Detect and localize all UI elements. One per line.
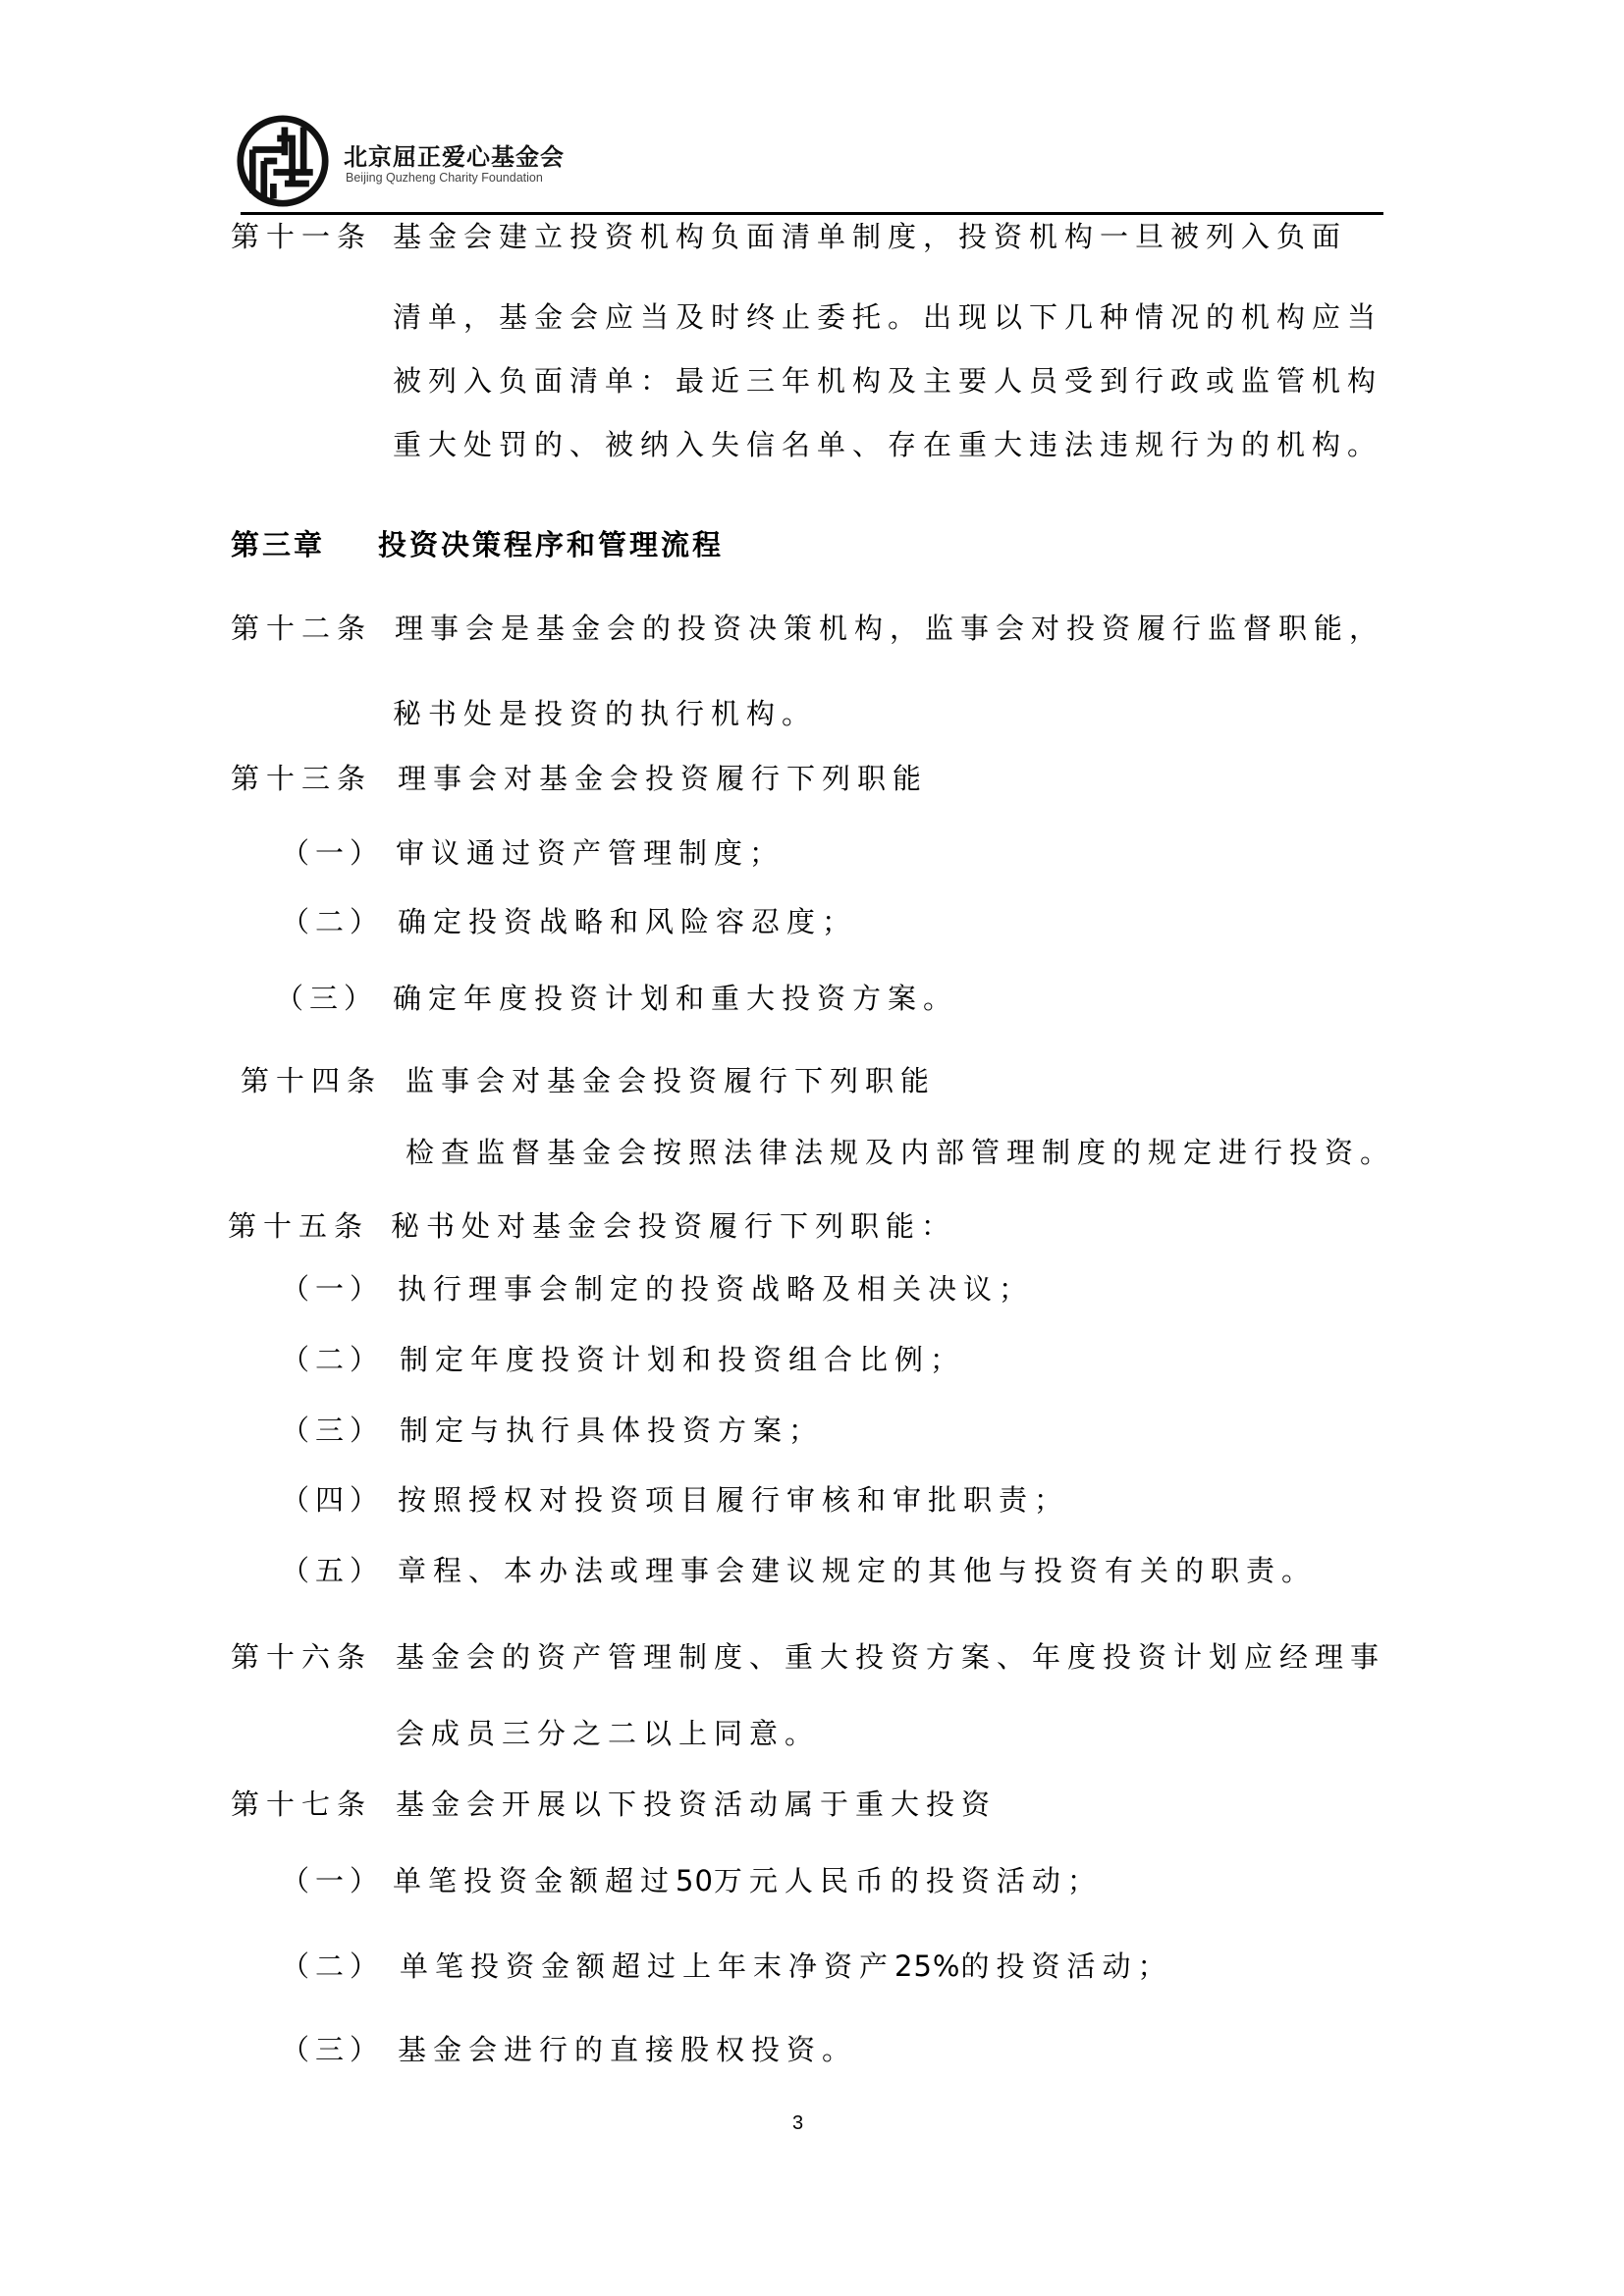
list-item-text: 执行理事会制定的投资战略及相关决议； — [398, 1272, 1034, 1306]
circular-meander-logo-icon — [236, 114, 330, 208]
list-item-text-post: 万元人民币的投资活动； — [714, 1864, 1103, 1897]
list-item-text: 制定与执行具体投资方案； — [400, 1414, 824, 1447]
article-label: 第十三条 — [231, 762, 372, 795]
list-item-text-post: 的投资活动； — [960, 1949, 1172, 1983]
document-page: 北京屈正爱心基金会 Beijing Quzheng Charity Founda… — [0, 0, 1624, 2296]
list-item-text-pre: 单笔投资金额超过上年末净资产 — [400, 1949, 894, 1983]
list-item-text: 章程、本办法或理事会建议规定的其他与投资有关的职责。 — [398, 1554, 1317, 1587]
list-marker: （三） — [275, 982, 378, 1015]
article-label: 第十六条 — [231, 1640, 372, 1674]
article-label: 第十五条 — [228, 1209, 369, 1243]
list-item-text: 按照授权对投资项目履行审核和审批职责； — [398, 1483, 1069, 1517]
list-item-text: 确定年度投资计划和重大投资方案。 — [393, 982, 958, 1015]
article-text-line: 监事会对基金会投资履行下列职能 — [406, 1064, 936, 1097]
article-text-line: 清单，基金会应当及时终止委托。出现以下几种情况的机构应当 — [393, 300, 1382, 334]
list-marker: （三） — [281, 2033, 384, 2066]
org-name-cn: 北京屈正爱心基金会 — [344, 137, 565, 172]
article-text-line: 检查监督基金会按照法律法规及内部管理制度的规定进行投资。 — [406, 1136, 1395, 1169]
list-item-text: 基金会进行的直接股权投资。 — [398, 2033, 857, 2066]
list-item-text: 确定投资战略和风险容忍度； — [398, 905, 857, 938]
article-text-line: 基金会建立投资机构负面清单制度，投资机构一旦被列入负面 — [393, 220, 1347, 253]
list-marker: （一） — [281, 1272, 384, 1306]
article-text-line: 基金会的资产管理制度、重大投资方案、年度投资计划应经理事 — [396, 1640, 1385, 1674]
article-text-line: 秘书处对基金会投资履行下列职能： — [391, 1209, 956, 1243]
list-marker: （三） — [281, 1414, 384, 1447]
article-text-line: 被列入负面清单：最近三年机构及主要人员受到行政或监管机构 — [393, 364, 1382, 398]
chapter-label: 第三章 — [231, 528, 325, 561]
list-marker: （五） — [281, 1554, 384, 1587]
article-label: 第十四条 — [241, 1064, 382, 1097]
list-item-text: 单笔投资金额超过50万元人民币的投资活动； — [393, 1864, 1103, 1897]
article-label: 第十七条 — [231, 1788, 372, 1821]
article-label: 第十一条 — [231, 220, 372, 253]
list-marker: （四） — [281, 1483, 384, 1517]
list-marker: （一） — [281, 836, 384, 870]
page-number: 3 — [792, 2112, 803, 2135]
list-item-text-pre: 单笔投资金额超过 — [393, 1864, 676, 1897]
chapter-title: 投资决策程序和管理流程 — [378, 528, 724, 561]
article-label: 第十二条 — [231, 612, 372, 645]
header-rule — [241, 212, 1383, 215]
list-marker: （一） — [281, 1864, 384, 1897]
article-text-line: 重大处罚的、被纳入失信名单、存在重大违法违规行为的机构。 — [393, 428, 1382, 461]
article-text-line: 理事会对基金会投资履行下列职能 — [398, 762, 928, 795]
org-name-en: Beijing Quzheng Charity Foundation — [346, 171, 543, 185]
list-item-text: 单笔投资金额超过上年末净资产25%的投资活动； — [400, 1949, 1173, 1983]
percent-value: 25% — [894, 1949, 960, 1983]
amount-value: 50 — [676, 1864, 714, 1897]
list-marker: （二） — [281, 905, 384, 938]
list-marker: （二） — [281, 1949, 384, 1983]
list-item-text: 制定年度投资计划和投资组合比例； — [400, 1343, 965, 1376]
list-item-text: 审议通过资产管理制度； — [396, 836, 785, 870]
article-text-line: 秘书处是投资的执行机构。 — [393, 697, 817, 730]
article-text-line: 理事会是基金会的投资决策机构，监事会对投资履行监督职能， — [395, 612, 1384, 645]
list-marker: （二） — [281, 1343, 384, 1376]
article-text-line: 会成员三分之二以上同意。 — [396, 1717, 820, 1750]
article-text-line: 基金会开展以下投资活动属于重大投资 — [396, 1788, 997, 1821]
